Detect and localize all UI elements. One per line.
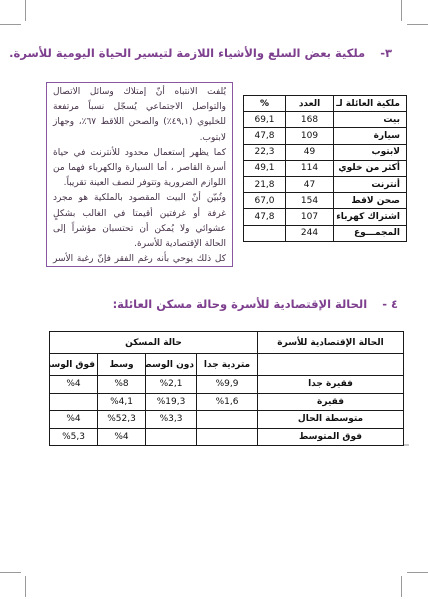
total-row: المجمـــوع 244 bbox=[244, 225, 407, 241]
ownership-header: ملكية العائلة لـ bbox=[334, 96, 407, 112]
item-label: سيارة bbox=[334, 128, 407, 144]
item-label: اشتراك كهرباء bbox=[334, 209, 407, 225]
section-3-heading: ٣-ملكية بعض السلع والأشياء اللازمة لتيسي… bbox=[9, 46, 392, 60]
section-3-title: ملكية بعض السلع والأشياء اللازمة لتيسير … bbox=[9, 46, 365, 60]
crop-mark-bottom-right-horizontal bbox=[407, 572, 428, 573]
economic-housing-table: الحالة الإقتصادية للأسرة حالة المسكن متر… bbox=[49, 331, 404, 446]
cell-value: %4 bbox=[98, 428, 146, 446]
item-count: 49 bbox=[286, 144, 334, 160]
cell-value: %2,1 bbox=[146, 376, 197, 394]
crop-mark-top-right-vertical bbox=[401, 0, 402, 21]
row-label: فقيرة جدا bbox=[258, 376, 404, 394]
ownership-table-header-row: ملكية العائلة لـ العدد % bbox=[244, 96, 407, 112]
commentary-paragraph: كما يظهر إستعمال محدود للأنترنت في حياة … bbox=[53, 146, 226, 192]
cell-value: %4,1 bbox=[98, 393, 146, 411]
cell-value: %5,3 bbox=[50, 428, 98, 446]
cell-value: %9,9 bbox=[197, 376, 258, 394]
total-percent bbox=[244, 225, 286, 241]
row-label: متوسطة الحال bbox=[258, 411, 404, 429]
table-row: فوق المتوسط %4 %5,3 bbox=[50, 428, 404, 446]
cell-value: %52,3 bbox=[98, 411, 146, 429]
section-4-number: ٤ - bbox=[382, 297, 398, 311]
item-count: 109 bbox=[286, 128, 334, 144]
table-row: لابتوب 49 22,3 bbox=[244, 144, 407, 160]
table-row: أنترنت 47 21,8 bbox=[244, 176, 407, 192]
cell-value bbox=[50, 393, 98, 411]
row-label: فقيرة bbox=[258, 393, 404, 411]
cell-value: %19,3 bbox=[146, 393, 197, 411]
item-percent: 49,1 bbox=[244, 160, 286, 176]
housing-header-row: الحالة الإقتصادية للأسرة حالة المسكن bbox=[50, 332, 404, 354]
scan-artifact bbox=[404, 444, 409, 446]
cell-value bbox=[197, 411, 258, 429]
crop-mark-bottom-left-horizontal bbox=[0, 572, 21, 573]
cell-value bbox=[197, 428, 258, 446]
commentary-paragraph: يُلفت الانتباه أنّ إمتلاك وسائل الاتصال … bbox=[53, 85, 226, 146]
column-header: وسط bbox=[98, 354, 146, 376]
economic-status-header: الحالة الإقتصادية للأسرة bbox=[258, 332, 404, 354]
housing-condition-header: حالة المسكن bbox=[50, 332, 258, 354]
cell-value bbox=[146, 428, 197, 446]
total-count: 244 bbox=[286, 225, 334, 241]
crop-mark-top-left-vertical bbox=[25, 0, 26, 21]
item-count: 168 bbox=[286, 112, 334, 128]
column-header: فوق الوسط bbox=[50, 354, 98, 376]
column-header: دون الوسط bbox=[146, 354, 197, 376]
empty-cell bbox=[258, 354, 404, 376]
crop-mark-top-right-horizontal bbox=[407, 24, 428, 25]
commentary-paragraph: وتُبيّن أنّ البيت المقصود بالملكية هو مج… bbox=[53, 191, 226, 252]
item-count: 47 bbox=[286, 176, 334, 192]
item-percent: 69,1 bbox=[244, 112, 286, 128]
document-page: ٣-ملكية بعض السلع والأشياء اللازمة لتيسي… bbox=[0, 0, 428, 599]
table-row: اشتراك كهرباء 107 47,8 bbox=[244, 209, 407, 225]
housing-subheader-row: متردية جدا دون الوسط وسط فوق الوسط bbox=[50, 354, 404, 376]
item-label: بيت bbox=[334, 112, 407, 128]
item-label: صحن لاقط bbox=[334, 193, 407, 209]
total-label: المجمـــوع bbox=[334, 225, 407, 241]
crop-mark-bottom-right-vertical bbox=[401, 576, 402, 597]
item-count: 107 bbox=[286, 209, 334, 225]
column-header: متردية جدا bbox=[197, 354, 258, 376]
ownership-table: ملكية العائلة لـ العدد % بيت 168 69,1 سي… bbox=[243, 95, 407, 242]
table-row: متوسطة الحال %3,3 %52,3 %4 bbox=[50, 411, 404, 429]
cell-value: %4 bbox=[50, 376, 98, 394]
crop-mark-top-left-horizontal bbox=[0, 24, 21, 25]
count-header: العدد bbox=[286, 96, 334, 112]
section-3-number: ٣- bbox=[380, 46, 392, 60]
table-row: أكثر من خلوي 114 49,1 bbox=[244, 160, 407, 176]
item-label: لابتوب bbox=[334, 144, 407, 160]
section-4-title: الحالة الإقتصادية للأسرة وحالة مسكن العا… bbox=[113, 297, 368, 311]
crop-mark-bottom-left-vertical bbox=[25, 576, 26, 597]
table-row: فقيرة %1,6 %19,3 %4,1 bbox=[50, 393, 404, 411]
cell-value: %4 bbox=[50, 411, 98, 429]
table-row: بيت 168 69,1 bbox=[244, 112, 407, 128]
item-count: 114 bbox=[286, 160, 334, 176]
table-row: فقيرة جدا %9,9 %2,1 %8 %4 bbox=[50, 376, 404, 394]
item-label: أكثر من خلوي bbox=[334, 160, 407, 176]
row-label: فوق المتوسط bbox=[258, 428, 404, 446]
item-percent: 22,3 bbox=[244, 144, 286, 160]
item-percent: 47,8 bbox=[244, 128, 286, 144]
item-percent: 21,8 bbox=[244, 176, 286, 192]
percent-header: % bbox=[244, 96, 286, 112]
commentary-paragraph: كل ذلك يوحي بأنه رغم الفقر فإنّ رغبة الأ… bbox=[53, 252, 226, 267]
section-4-heading: ٤ -الحالة الإقتصادية للأسرة وحالة مسكن ا… bbox=[113, 297, 398, 311]
cell-value: %3,3 bbox=[146, 411, 197, 429]
item-count: 154 bbox=[286, 193, 334, 209]
table-row: صحن لاقط 154 67,0 bbox=[244, 193, 407, 209]
item-percent: 47,8 bbox=[244, 209, 286, 225]
cell-value: %1,6 bbox=[197, 393, 258, 411]
table-row: سيارة 109 47,8 bbox=[244, 128, 407, 144]
commentary-box: يُلفت الانتباه أنّ إمتلاك وسائل الاتصال … bbox=[46, 82, 233, 267]
item-percent: 67,0 bbox=[244, 193, 286, 209]
item-label: أنترنت bbox=[334, 176, 407, 192]
cell-value: %8 bbox=[98, 376, 146, 394]
